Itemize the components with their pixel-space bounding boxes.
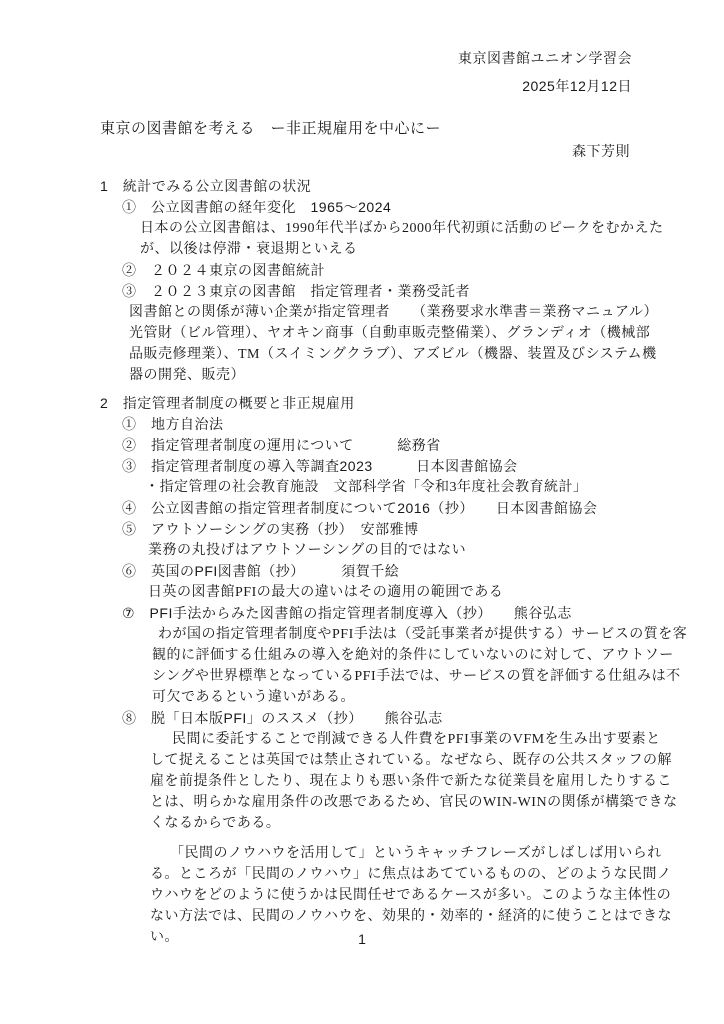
section1-heading: 1 統計でみる公立図書館の状況 <box>100 176 724 197</box>
document-page: 東京図書館ユニオン学習会 2025年12月12日 東京の図書館を考える ー非正規… <box>0 0 724 1024</box>
section2-item7-para-line1: わが国の指定管理者制度やPFI手法は（受託事業者が提供する）サービスの質を客 <box>158 624 724 645</box>
section2-item8-para1-line4: とは、明らかな雇用条件の改悪であるため、官民のWIN-WINの関係が構築できな <box>150 792 724 813</box>
section2-item8-para2-line1: 「民間のノウハウを活用して」というキャッチフレーズがしばしば用いられ <box>170 843 724 864</box>
author-name: 森下芳則 <box>572 141 630 161</box>
doc-header: 東京図書館ユニオン学習会 2025年12月12日 <box>458 44 632 100</box>
doc-body: 1 統計でみる公立図書館の状況 ① 公立図書館の経年変化 1965〜2024 日… <box>0 176 724 948</box>
section1-item3-note4: 器の開発、販売） <box>129 365 724 386</box>
section2-item6-note: 日英の図書館PFIの最大の違いはその適用の範囲である <box>148 582 724 603</box>
section2-item8-para2-line3: ウハウをどのように使うかは民間任せであるケースが多い。このような主体性の <box>150 885 724 906</box>
section2-item8: ⑧ 脱「日本版PFI」のススメ（抄） 熊谷弘志 <box>122 708 724 729</box>
section2-heading: 2 指定管理者制度の概要と非正規雇用 <box>100 393 724 414</box>
section2-item5: ⑤ アウトソーシングの実務（抄） 安部雅博 <box>122 519 724 540</box>
section-gap <box>0 386 724 393</box>
paragraph-gap <box>0 834 724 843</box>
section1-item3-note1: 図書館との関係が薄い企業が指定管理者 （業務要求水準書＝業務マニュアル） <box>129 302 724 323</box>
page-title: 東京の図書館を考える ー非正規雇用を中心にー <box>100 117 441 138</box>
section2-item6: ⑥ 英国のPFI図書館（抄） 須賀千絵 <box>122 561 724 582</box>
section2-item8-para1-line5: くなるからである。 <box>150 813 724 834</box>
section2-item8-para1-line2: して捉えることは英国では禁止されている。なぜなら、既存の公共スタッフの解 <box>150 750 724 771</box>
section2-item3: ③ 指定管理者制度の導入等調査2023 日本図書館協会 <box>122 456 724 477</box>
section1-item3-note3: 品販売修理業）、TM（スイミングクラブ）、アズビル（機器、装置及びシステム機 <box>129 344 724 365</box>
section1-item2: ② ２０２４東京の図書館統計 <box>122 260 724 281</box>
section2-item2: ② 指定管理者制度の運用について 総務省 <box>122 435 724 456</box>
section1-item1-note1: 日本の公立図書館は、1990年代半ばから2000年代初頭に活動のピークをむかえた <box>140 218 724 239</box>
section2-item7-para-line2: 観的に評価する仕組みの導入を絶対的条件にしていないのに対して、アウトソー <box>152 645 724 666</box>
header-organization: 東京図書館ユニオン学習会 <box>458 44 632 72</box>
section2-item8-para2-line2: る。ところが「民間のノウハウ」に焦点はあてているものの、どのような民間ノ <box>150 864 724 885</box>
section2-item8-para1-line3: 雇を前提条件としたり、現在よりも悪い条件で新たな従業員を雇用したりするこ <box>150 771 724 792</box>
section1-item1: ① 公立図書館の経年変化 1965〜2024 <box>122 197 724 218</box>
section1-item1-note2: が、以後は停滞・衰退期といえる <box>140 239 724 260</box>
header-date: 2025年12月12日 <box>458 72 632 100</box>
section1-item3: ③ ２０２３東京の図書館 指定管理者・業務受託者 <box>122 281 724 302</box>
page-number: 1 <box>0 931 724 947</box>
section2-item7-para-line4: 可欠であるという違いがある。 <box>152 687 724 708</box>
section2-item4: ④ 公立図書館の指定管理者制度について2016（抄） 日本図書館協会 <box>122 498 724 519</box>
section2-item8-para1-line1: 民間に委託することで削減できる人件費をPFI事業のVFMを生み出す要素と <box>172 729 724 750</box>
section2-item3-bullet: ・指定管理の社会教育施設 文部科学省「令和3年度社会教育統計」 <box>145 477 724 498</box>
section1-item3-note2: 光管財（ビル管理）、ヤオキン商事（自動車販売整備業）、グランディオ（機械部 <box>129 323 724 344</box>
section2-item5-note: 業務の丸投げはアウトソーシングの目的ではない <box>148 540 724 561</box>
section2-item1: ① 地方自治法 <box>122 414 724 435</box>
section2-item8-para2-line4: ない方法では、民間のノウハウを、効果的・効率的・経済的に使うことはできな <box>150 906 724 927</box>
section2-item7-para-line3: シングや世界標準となっているPFI手法では、サービスの質を評価する仕組みは不 <box>152 666 724 687</box>
section2-item7: ⑦ PFI手法からみた図書館の指定管理者制度導入（抄） 熊谷弘志 <box>122 603 724 624</box>
